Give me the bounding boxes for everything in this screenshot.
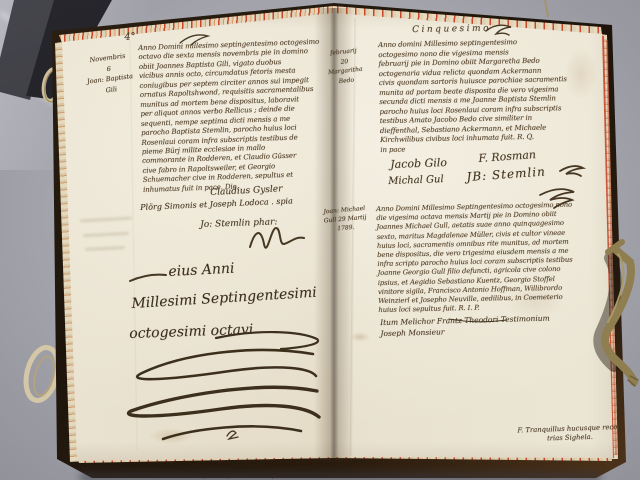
right-margin-note-2: Joan: Michael Gull 29 Martij 1789. — [317, 203, 373, 235]
right-closing-lines: Itum Melichor Frantz Theodori Testimoniu… — [380, 313, 550, 339]
right-body-text-1: Anno domini Millesimo septingentesimo oc… — [378, 36, 600, 155]
left-body-text: Anno Domini millesimo septingentesimo oc… — [138, 37, 343, 195]
page-stain — [350, 332, 370, 342]
page-stain — [148, 428, 194, 444]
right-signature: Michal Gul — [388, 174, 444, 187]
right-body-text-2: Anno Domini Millesimo Septingentesimo oc… — [376, 200, 606, 316]
left-margin-note: Novembris 6 Joan: Baptista Gili — [82, 50, 137, 98]
right-page-header: Cinquesimo — [412, 24, 491, 35]
book-shadow — [80, 472, 600, 480]
photo-stage: 4° Novembris 6 Joan: Baptista Gili Anno … — [0, 0, 640, 480]
entry-number: 4° — [124, 31, 136, 43]
right-margin-note-1: februarij 20 Margaritha Bedo — [319, 45, 371, 88]
right-signature: Jacob Gilo — [390, 156, 447, 171]
